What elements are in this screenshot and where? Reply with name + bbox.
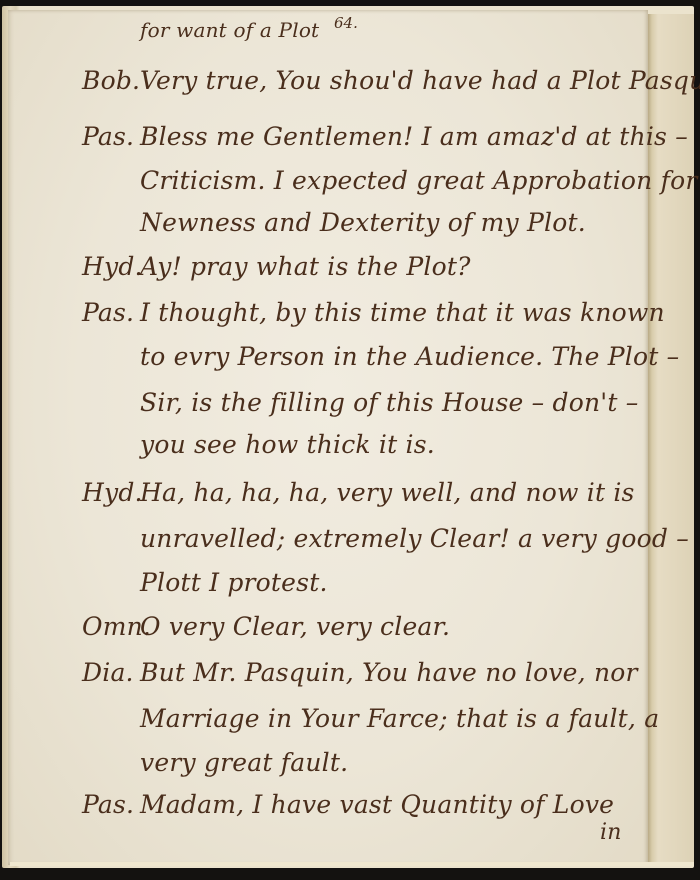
- speech-line: Criticism. I expected great Approbation …: [140, 168, 700, 193]
- speech-line: I thought, by this time that it was know…: [140, 300, 665, 325]
- speech-line: unravelled; extremely Clear! a very good…: [140, 526, 689, 551]
- speaker-label: Pas.: [82, 300, 134, 325]
- speaker-label: Pas.: [82, 124, 134, 149]
- speaker-label: Pas.: [82, 792, 134, 817]
- page-bottom-edge: [10, 862, 694, 866]
- speech-line: Plott I protest.: [140, 570, 328, 595]
- speaker-label: Hyd.: [82, 480, 143, 505]
- speaker-label: Hyd.: [82, 254, 143, 279]
- catchword: in: [600, 822, 622, 844]
- running-title: for want of a Plot: [140, 20, 319, 40]
- speech-line: But Mr. Pasquin, You have no love, nor: [140, 660, 638, 685]
- speech-line: Very true, You shou'd have had a Plot Pa…: [140, 68, 700, 93]
- speech-line: Sir, is the filling of this House – don'…: [140, 390, 638, 415]
- speech-line: Bless me Gentlemen! I am amaz'd at this …: [140, 124, 688, 149]
- speech-line: Madam, I have vast Quantity of Love: [140, 792, 614, 817]
- speech-line: Ha, ha, ha, ha, very well, and now it is: [140, 480, 635, 505]
- speech-line: Marriage in Your Farce; that is a fault,…: [140, 706, 659, 731]
- speech-line: Ay! pray what is the Plot?: [140, 254, 471, 279]
- speech-line: very great fault.: [140, 750, 348, 775]
- speaker-label: Dia.: [82, 660, 134, 685]
- speaker-label: Bob.: [82, 68, 140, 93]
- speech-line: Newness and Dexterity of my Plot.: [140, 210, 586, 235]
- speech-line: to evry Person in the Audience. The Plot…: [140, 344, 679, 369]
- speech-line: you see how thick it is.: [140, 432, 435, 457]
- page-number: 64.: [334, 14, 358, 32]
- speech-line: O very Clear, very clear.: [140, 614, 450, 639]
